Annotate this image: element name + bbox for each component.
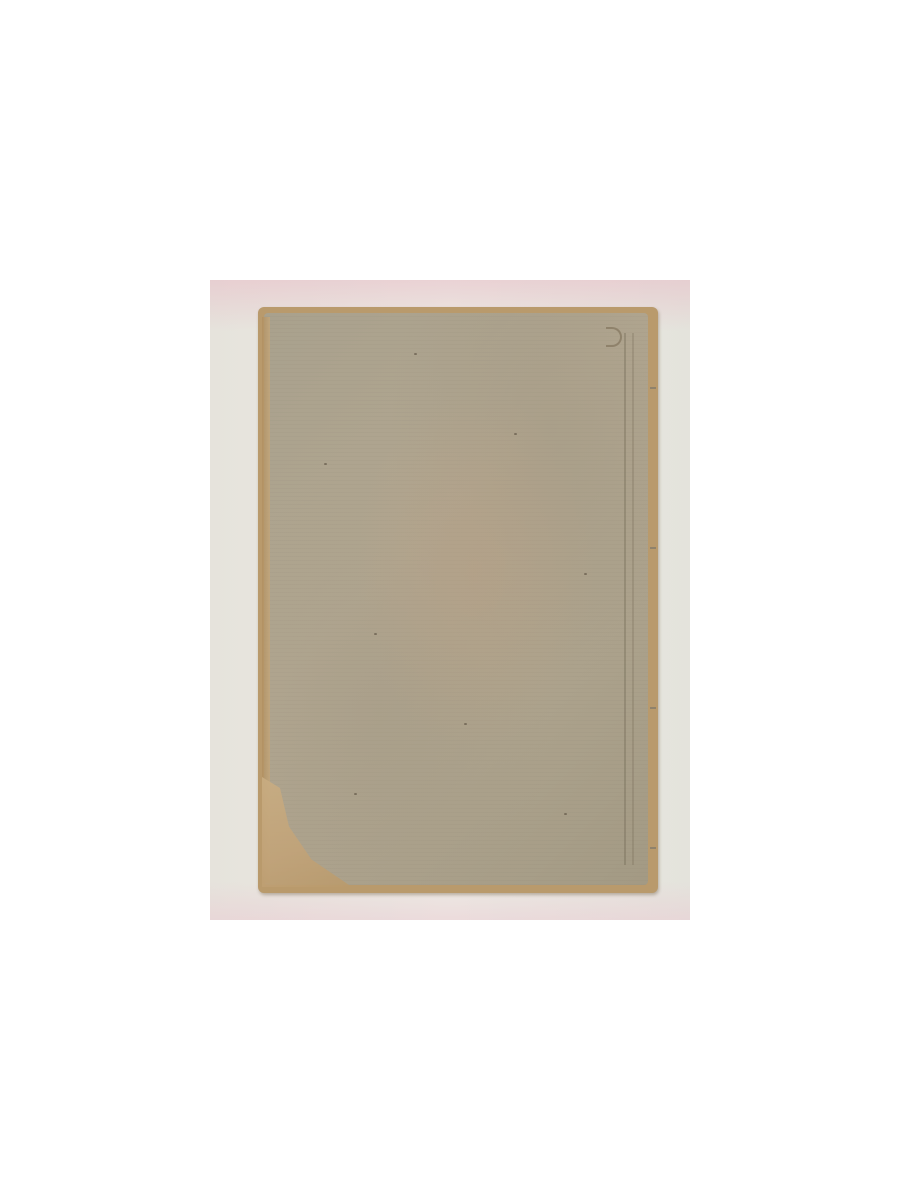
stain-speck xyxy=(414,353,417,355)
spine-crease xyxy=(632,333,634,865)
binding-stitch xyxy=(650,387,656,389)
stain-speck xyxy=(374,633,377,635)
stain-speck xyxy=(324,463,327,465)
stain-speck xyxy=(354,793,357,795)
stain-speck xyxy=(564,813,567,815)
book xyxy=(258,307,658,893)
spine-crease xyxy=(624,333,626,865)
stain-speck xyxy=(464,723,467,725)
binding-stitch xyxy=(650,707,656,709)
binding-stitch xyxy=(650,547,656,549)
binding-stitch xyxy=(650,847,656,849)
book-cover xyxy=(264,313,648,885)
book-photo xyxy=(210,280,690,920)
stain-speck xyxy=(584,573,587,575)
stain-speck xyxy=(514,433,517,435)
